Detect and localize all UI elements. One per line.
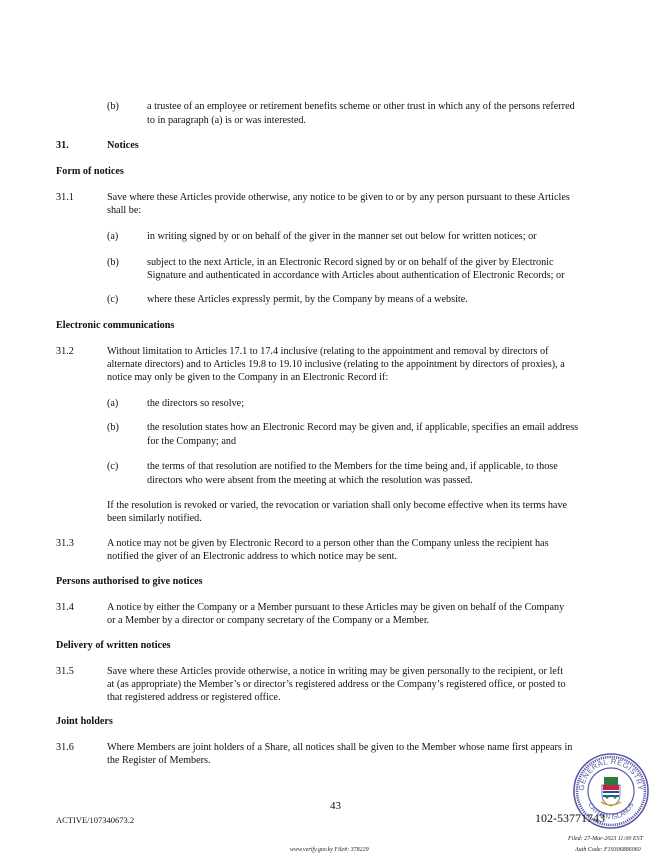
filed-stamp: Filed: 27-Mar-2023 11:00 EST (568, 836, 643, 842)
trailer-line: If the resolution is revoked or varied, … (107, 500, 567, 512)
clause-line: notified the giver of an Electronic addr… (107, 551, 397, 563)
clause-number: 31.5 (56, 666, 74, 678)
clause-line: Where Members are joint holders of a Sha… (107, 742, 572, 754)
item-line: where these Articles expressly permit, b… (147, 294, 468, 306)
document-reference: ACTIVE/107340673.2 (56, 814, 134, 826)
heading-joint-holders: Joint holders (56, 716, 113, 728)
clause-line: A notice may not be given by Electronic … (107, 538, 549, 550)
page-number: 43 (330, 800, 341, 812)
trailer-line: been similarly notified. (107, 513, 202, 525)
item-line: subject to the next Article, in an Elect… (147, 257, 554, 269)
item-line: the resolution states how an Electronic … (147, 422, 578, 434)
clause-line: or a Member by a director or company sec… (107, 615, 429, 627)
clause-line: the Register of Members. (107, 755, 211, 767)
clause-line: at (as appropriate) the Member’s or dire… (107, 679, 566, 691)
clause-line: alternate directors) and to Articles 19.… (107, 359, 565, 371)
intro-line-1: a trustee of an employee or retirement b… (147, 101, 575, 113)
clause-line: A notice by either the Company or a Memb… (107, 602, 564, 614)
item-label: (a) (107, 231, 118, 243)
clause-line: shall be: (107, 205, 141, 217)
item-line: the terms of that resolution are notifie… (147, 461, 558, 473)
section-title: Notices (107, 140, 139, 152)
auth-code: Auth Code: F19306886060 (575, 847, 641, 853)
item-label: (c) (107, 461, 118, 473)
clause-number: 31.3 (56, 538, 74, 550)
item-label: (b) (107, 257, 119, 269)
item-line: the directors so resolve; (147, 398, 244, 410)
item-line: directors who were absent from the meeti… (147, 475, 473, 487)
clause-line: Save where these Articles provide otherw… (107, 192, 570, 204)
heading-delivery: Delivery of written notices (56, 640, 171, 652)
verify-link[interactable]: www.verify.gov.ky File#: 378229 (290, 847, 369, 853)
item-label: (a) (107, 398, 118, 410)
registry-number: 102-53771743 (535, 812, 605, 824)
heading-persons-authorised: Persons authorised to give notices (56, 576, 203, 588)
clause-number: 31.4 (56, 602, 74, 614)
intro-line-2: to in paragraph (a) is or was interested… (147, 115, 306, 127)
item-line: Signature and authenticated in accordanc… (147, 270, 565, 282)
item-line: in writing signed by or on behalf of the… (147, 231, 537, 243)
heading-electronic-communications: Electronic communications (56, 320, 174, 332)
item-label: (c) (107, 294, 118, 306)
item-label: (b) (107, 100, 119, 114)
item-label: (b) (107, 422, 119, 434)
heading-form-of-notices: Form of notices (56, 166, 124, 178)
clause-number: 31.2 (56, 346, 74, 358)
item-line: for the Company; and (147, 436, 236, 448)
clause-line: that registered address or registered of… (107, 692, 281, 704)
clause-line: Save where these Articles provide otherw… (107, 666, 563, 678)
clause-number: 31.6 (56, 742, 74, 754)
clause-line: Without limitation to Articles 17.1 to 1… (107, 346, 549, 358)
section-number: 31. (56, 140, 69, 152)
clause-number: 31.1 (56, 192, 74, 204)
clause-line: notice may only be given to the Company … (107, 372, 388, 384)
